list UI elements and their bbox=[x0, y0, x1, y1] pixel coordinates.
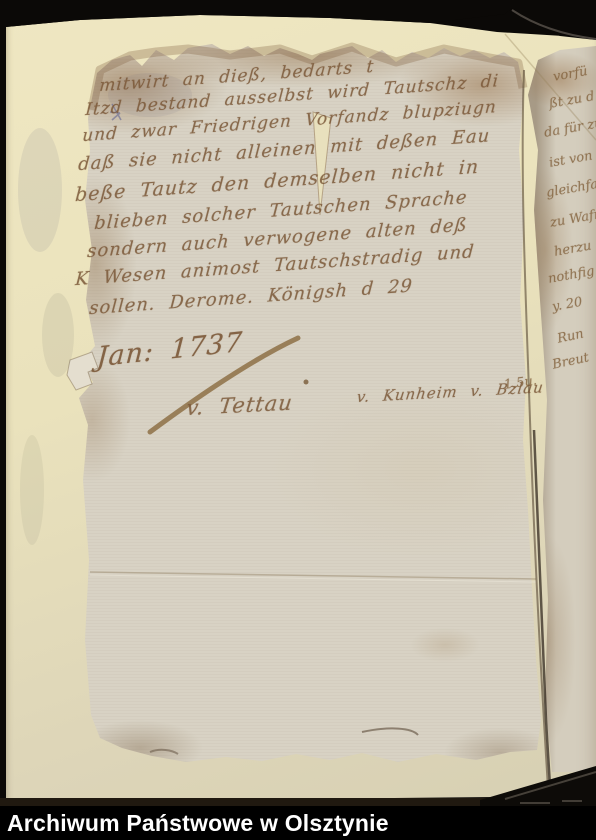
backdrop-left-strip bbox=[0, 0, 6, 840]
caption-bar: Archiwum Państwowe w Olsztynie bbox=[0, 806, 596, 840]
archive-caption: Archiwum Państwowe w Olsztynie bbox=[0, 810, 389, 837]
archival-photo: mitwirt an dieß, bedarts t Itzd bestand … bbox=[0, 0, 596, 840]
cover-bottom-glints bbox=[520, 801, 582, 803]
